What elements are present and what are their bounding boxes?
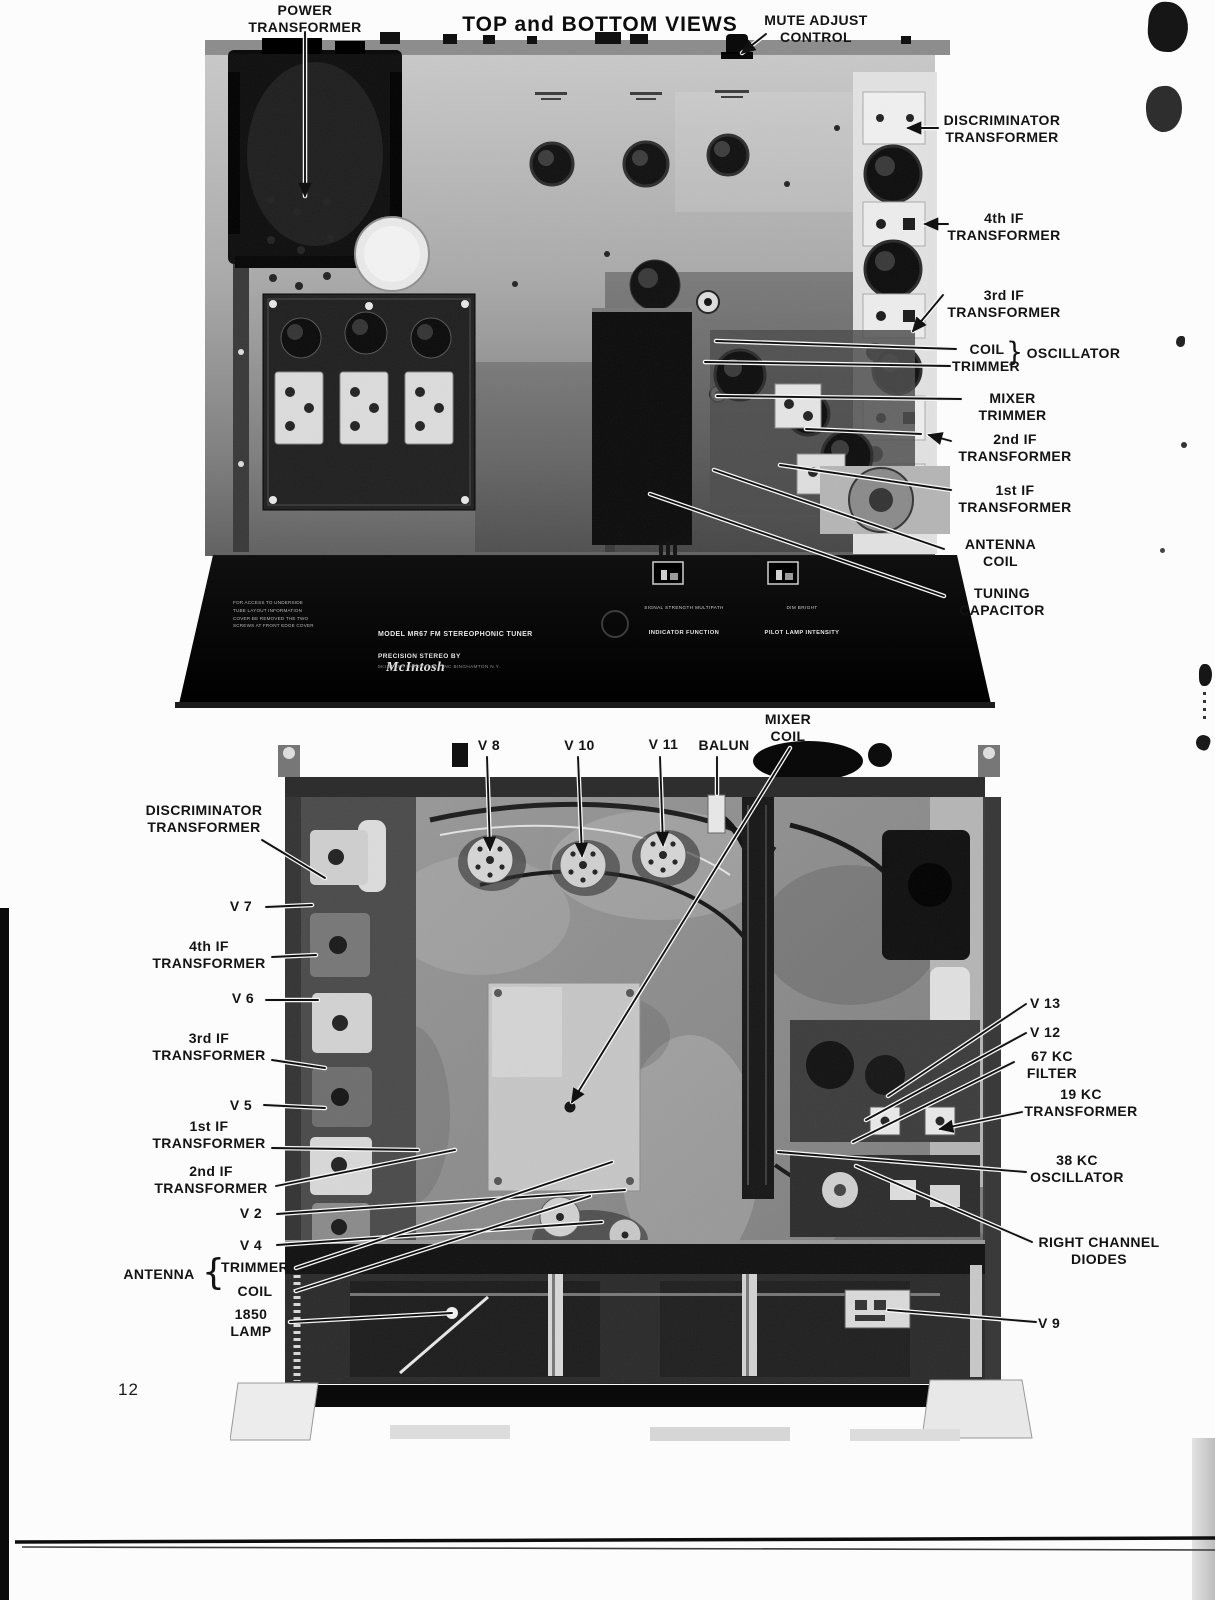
callout-mixer-coil: MIXER COIL: [752, 711, 824, 746]
scan-blot-right-2: [1203, 692, 1206, 722]
panel-address-line: McINTOSH LABORATORY INC BINGHAMTON N.Y.: [378, 664, 500, 669]
page-number: 12: [118, 1380, 139, 1400]
callout-v4: V 4: [228, 1237, 274, 1254]
right-chassis-rail: [983, 797, 1001, 1383]
callout-discriminator-top: DISCRIMINATOR TRANSFORMER: [938, 112, 1066, 147]
scanned-manual-page: TOP and BOTTOM VIEWS: [0, 0, 1215, 1600]
callout-oscillator-38: 38 KC OSCILLATOR: [1028, 1152, 1126, 1187]
callout-mixer-trimmer: MIXER TRIMMER: [965, 390, 1060, 425]
pilot-lamp-caption: DIM BRIGHT PILOT LAMP INTENSITY: [748, 587, 856, 654]
indicator-top-caption: SIGNAL STRENGTH MULTIPATH: [630, 605, 738, 610]
callout-mute-adjust: MUTE ADJUST CONTROL: [760, 12, 872, 47]
callout-discriminator-bottom: DISCRIMINATOR TRANSFORMER: [138, 802, 270, 837]
callout-v5: V 5: [218, 1097, 264, 1114]
callout-v13: V 13: [1030, 995, 1090, 1012]
callout-v10: V 10: [552, 737, 607, 754]
callout-filter-67: 67 KC FILTER: [1016, 1048, 1088, 1083]
bottom-right-scan-streak: [1192, 1438, 1215, 1600]
callout-v2: V 2: [228, 1205, 274, 1222]
callout-power-transformer: POWER TRANSFORMER: [235, 2, 375, 37]
page-title: TOP and BOTTOM VIEWS: [450, 13, 750, 37]
bottom-view-photo: [230, 735, 1065, 1450]
panel-fine-print: FOR ACCESS TO UNDERSIDE TUBE LAYOUT INFO…: [233, 599, 338, 630]
front-panel: [175, 555, 995, 708]
callout-v11: V 11: [636, 736, 691, 753]
callout-v7: V 7: [216, 898, 266, 915]
scan-smudge-top-right-1: [1146, 1, 1189, 54]
indicator-function-caption: SIGNAL STRENGTH MULTIPATH INDICATOR FUNC…: [630, 587, 738, 654]
panel-model-line: MODEL MR67 FM STEREOPHONIC TUNER: [378, 631, 533, 638]
callout-antenna: ANTENNA: [118, 1266, 200, 1283]
callout-if1-top: 1st IF TRANSFORMER: [955, 482, 1075, 517]
callout-transformer-19: 19 KC TRANSFORMER: [1024, 1086, 1138, 1121]
callout-antenna-trimmer: TRIMMER: [216, 1259, 294, 1276]
callout-if2-top: 2nd IF TRANSFORMER: [955, 431, 1075, 466]
oscillator-brace: }: [1006, 337, 1023, 368]
callout-if3-top: 3rd IF TRANSFORMER: [945, 287, 1063, 322]
callout-antenna-coil-bottom: COIL: [216, 1283, 294, 1300]
callout-v9: V 9: [1038, 1315, 1088, 1332]
left-edge-scan-bar: [0, 908, 9, 1600]
base-and-feet: [230, 1380, 1032, 1441]
callout-balun: BALUN: [692, 737, 756, 754]
callout-if4-top: 4th IF TRANSFORMER: [945, 210, 1063, 245]
scan-blot-right-3: [1194, 733, 1212, 752]
callout-if2-bottom: 2nd IF TRANSFORMER: [146, 1163, 276, 1198]
precision-text: PRECISION STEREO BY: [378, 653, 461, 660]
callout-v6: V 6: [220, 990, 266, 1007]
scan-blot-right-1: [1199, 664, 1212, 686]
pilot-bottom-caption: PILOT LAMP INTENSITY: [748, 630, 856, 636]
callout-if4-bottom: 4th IF TRANSFORMER: [146, 938, 272, 973]
callout-lamp-1850: 1850 LAMP: [214, 1306, 288, 1341]
bottom-page-rules: [0, 1530, 1215, 1560]
scan-speck-3: [1160, 548, 1165, 553]
callout-tuning-capacitor: TUNING CAPACITOR: [946, 585, 1058, 620]
callout-if3-bottom: 3rd IF TRANSFORMER: [146, 1030, 272, 1065]
chassis-front-rail-top: [285, 777, 985, 797]
callout-right-diodes: RIGHT CHANNEL DIODES: [1033, 1234, 1165, 1269]
indicator-bottom-caption: INDICATOR FUNCTION: [630, 630, 738, 636]
callout-if1-bottom: 1st IF TRANSFORMER: [146, 1118, 272, 1153]
callout-oscillator: OSCILLATOR: [1026, 345, 1121, 362]
callout-v12: V 12: [1030, 1024, 1090, 1041]
scan-speck-1: [1176, 336, 1185, 347]
pilot-top-caption: DIM BRIGHT: [748, 605, 856, 610]
scan-smudge-top-right-2: [1145, 85, 1183, 133]
scan-speck-2: [1181, 442, 1187, 448]
callout-v8: V 8: [466, 737, 512, 754]
panel-precision-line: PRECISION STEREO BY McIntosh: [378, 646, 461, 676]
callout-antenna-coil-top: ANTENNA COIL: [948, 536, 1053, 571]
